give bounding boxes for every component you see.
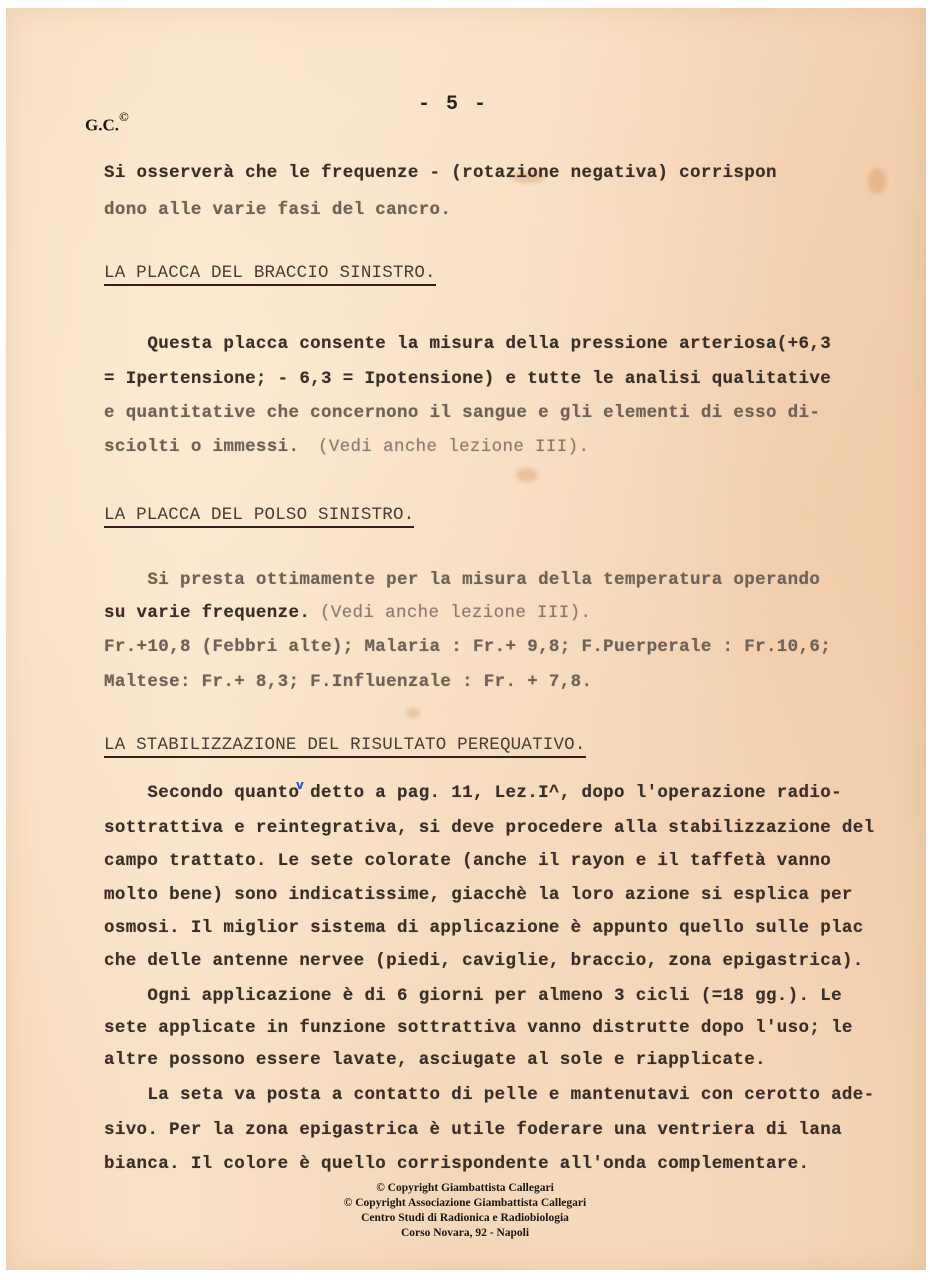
- section1-line: = Ipertensione; - 6,3 = Ipotensione) e t…: [104, 369, 831, 389]
- footer-line: © Copyright Associazione Giambattista Ca…: [0, 1196, 930, 1211]
- section3-line: altre possono essere lavate, asciugate a…: [104, 1050, 766, 1070]
- intro-line-2: dono alle varie fasi del cancro.: [104, 200, 451, 220]
- section3-line: bianca. Il colore è quello corrispondent…: [104, 1154, 809, 1174]
- section2-line: Fr.+10,8 (Febbri alte); Malaria : Fr.+ 9…: [104, 637, 831, 657]
- section3-line: La seta va posta a contatto di pelle e m…: [104, 1085, 874, 1105]
- paper-stain: [516, 468, 538, 482]
- gc-mark-text: G.C.: [85, 116, 119, 135]
- section3-line: che delle antenne nervee (piedi, cavigli…: [104, 951, 864, 971]
- section3-line: sivo. Per la zona epigastrica è utile fo…: [104, 1120, 842, 1140]
- footer-line: © Copyright Giambattista Callegari: [0, 1181, 930, 1196]
- handwritten-checkmark-icon: v: [296, 778, 304, 792]
- intro-line-1: Si osserverà che le frequenze - (rotazio…: [104, 163, 777, 183]
- copyright-footer: © Copyright Giambattista Callegari © Cop…: [0, 1181, 930, 1241]
- section3-line: sete applicate in funzione sottrattiva v…: [104, 1018, 853, 1038]
- section3-line: Ogni applicazione è di 6 giorni per alme…: [104, 986, 842, 1006]
- section2-line: Si presta ottimamente per la misura dell…: [104, 570, 820, 590]
- section1-line: e quantitative che concernono il sangue …: [104, 403, 820, 423]
- section-heading-braccio: LA PLACCA DEL BRACCIO SINISTRO.: [104, 263, 436, 286]
- section3-line: campo trattato. Le sete colorate (anche …: [104, 851, 831, 871]
- section3-line: Secondo quanto detto a pag. 11, Lez.I^, …: [104, 783, 842, 803]
- faint-cross-reference: (Vedi anche lezione III).: [320, 603, 591, 623]
- paper-stain: [406, 708, 420, 718]
- paper-stain: [868, 168, 886, 194]
- section1-line: sciolti o immessi.: [104, 437, 299, 457]
- page-number: - 5 -: [418, 93, 488, 116]
- section3-line: osmosi. Il miglior sistema di applicazio…: [104, 918, 864, 938]
- footer-line: Centro Studi di Radionica e Radiobiologi…: [0, 1211, 930, 1226]
- faint-cross-reference: (Vedi anche lezione III).: [318, 437, 589, 457]
- section1-line: Questa placca consente la misura della p…: [104, 334, 831, 354]
- footer-line: Corso Novara, 92 - Napoli: [0, 1226, 930, 1241]
- section-heading-stabilizzazione: LA STABILIZZAZIONE DEL RISULTATO PEREQUA…: [104, 735, 586, 758]
- section3-line: molto bene) sono indicatissime, giacchè …: [104, 885, 853, 905]
- section2-line: Maltese: Fr.+ 8,3; F.Influenzale : Fr. +…: [104, 672, 592, 692]
- section3-line: sottrattiva e reintegrativa, si deve pro…: [104, 818, 874, 838]
- section2-line: su varie frequenze.: [104, 603, 310, 623]
- section-heading-polso: LA PLACCA DEL POLSO SINISTRO.: [104, 505, 414, 528]
- gc-watermark: G.C.©: [85, 112, 129, 136]
- copyright-symbol-icon: ©: [119, 109, 129, 124]
